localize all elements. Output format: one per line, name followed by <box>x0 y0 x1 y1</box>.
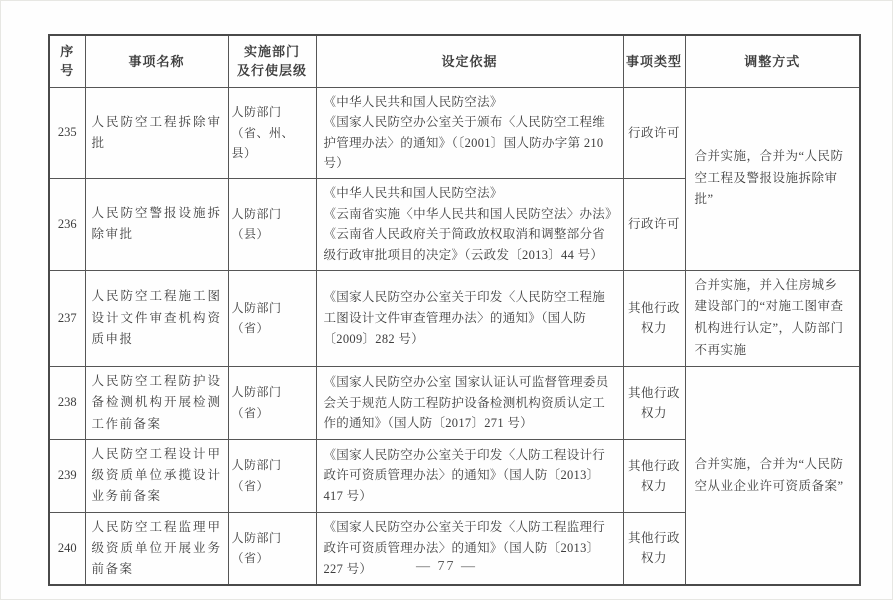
basis-line: 《国家人民防空办公室关于颁布〈人民防空工程维护管理办法〉的通知》（〔2001〕国… <box>324 112 616 174</box>
col-header-basis: 设定依据 <box>316 35 623 87</box>
basis-line: 《国家人民防空办公室关于印发〈人防工程设计行政许可资质管理办法〉的通知》（国人防… <box>324 445 616 507</box>
item-name-cell: 人民防空工程施工图设计文件审查机构资质申报 <box>85 270 228 367</box>
department-cell: 人防部门（省） <box>228 367 316 440</box>
department-cell: 人防部门（省、州、县） <box>228 87 316 179</box>
document-page: 序 号 事项名称 实施部门 及行使层级 设定依据 事项类型 调整方式 235人民… <box>0 0 893 600</box>
basis-cell: 《国家人民防空办公室关于印发〈人民防空工程施工图设计文件审查管理办法〉的通知》（… <box>316 270 623 367</box>
row-number-cell: 238 <box>49 367 85 440</box>
basis-line: 《国家人民防空办公室 国家认证认可监督管理委员会关于规范人防工程防护设备检测机构… <box>324 372 616 434</box>
item-name-cell: 人民防空工程拆除审批 <box>85 87 228 179</box>
basis-cell: 《中华人民共和国人民防空法》《国家人民防空办公室关于颁布〈人民防空工程维护管理办… <box>316 87 623 179</box>
basis-line: 《云南省实施〈中华人民共和国人民防空法〉办法》 <box>324 204 616 225</box>
adjustment-cell: 合并实施，并入住房城乡建设部门的“对施工图审查机构进行认定”，人防部门不再实施 <box>685 270 860 367</box>
basis-line: 《国家人民防空办公室关于印发〈人民防空工程施工图设计文件审查管理办法〉的通知》（… <box>324 287 616 349</box>
department-cell: 人防部门（县） <box>228 179 316 271</box>
adjustment-cell: 合并实施，合并为“人民防空从业企业许可资质备案” <box>685 367 860 586</box>
basis-cell: 《中华人民共和国人民防空法》《云南省实施〈中华人民共和国人民防空法〉办法》《云南… <box>316 179 623 271</box>
basis-cell: 《国家人民防空办公室关于印发〈人防工程设计行政许可资质管理办法〉的通知》（国人防… <box>316 439 623 512</box>
basis-cell: 《国家人民防空办公室 国家认证认可监督管理委员会关于规范人防工程防护设备检测机构… <box>316 367 623 440</box>
item-name-cell: 人民防空工程防护设备检测机构开展检测工作前备案 <box>85 367 228 440</box>
item-type-cell: 其他行政权力 <box>623 439 685 512</box>
table-header-row: 序 号 事项名称 实施部门 及行使层级 设定依据 事项类型 调整方式 <box>49 35 860 87</box>
adjustment-cell: 合并实施，合并为“人民防空工程及警报设施拆除审批” <box>685 87 860 270</box>
page-number: — 77 — <box>1 559 892 575</box>
department-cell: 人防部门（省） <box>228 439 316 512</box>
table-row: 235人民防空工程拆除审批人防部门（省、州、县）《中华人民共和国人民防空法》《国… <box>49 87 860 179</box>
department-cell: 人防部门（省） <box>228 270 316 367</box>
table-body: 235人民防空工程拆除审批人防部门（省、州、县）《中华人民共和国人民防空法》《国… <box>49 87 860 585</box>
item-type-cell: 行政许可 <box>623 87 685 179</box>
row-number-cell: 237 <box>49 270 85 367</box>
item-type-cell: 行政许可 <box>623 179 685 271</box>
col-header-department: 实施部门 及行使层级 <box>228 35 316 87</box>
basis-line: 《中华人民共和国人民防空法》 <box>324 92 616 113</box>
item-name-cell: 人民防空警报设施拆除审批 <box>85 179 228 271</box>
col-header-item-name: 事项名称 <box>85 35 228 87</box>
table-row: 237人民防空工程施工图设计文件审查机构资质申报人防部门（省）《国家人民防空办公… <box>49 270 860 367</box>
row-number-cell: 236 <box>49 179 85 271</box>
col-header-item-type: 事项类型 <box>623 35 685 87</box>
row-number-cell: 235 <box>49 87 85 179</box>
items-table: 序 号 事项名称 实施部门 及行使层级 设定依据 事项类型 调整方式 235人民… <box>48 34 861 586</box>
item-type-cell: 其他行政权力 <box>623 367 685 440</box>
basis-line: 《中华人民共和国人民防空法》 <box>324 183 616 204</box>
col-header-number: 序 号 <box>49 35 85 87</box>
col-header-adjustment: 调整方式 <box>685 35 860 87</box>
table-row: 238人民防空工程防护设备检测机构开展检测工作前备案人防部门（省）《国家人民防空… <box>49 367 860 440</box>
item-type-cell: 其他行政权力 <box>623 270 685 367</box>
row-number-cell: 239 <box>49 439 85 512</box>
item-name-cell: 人民防空工程设计甲级资质单位承揽设计业务前备案 <box>85 439 228 512</box>
basis-line: 《云南省人民政府关于简政放权取消和调整部分省级行政审批项目的决定》（云政发〔20… <box>324 224 616 265</box>
